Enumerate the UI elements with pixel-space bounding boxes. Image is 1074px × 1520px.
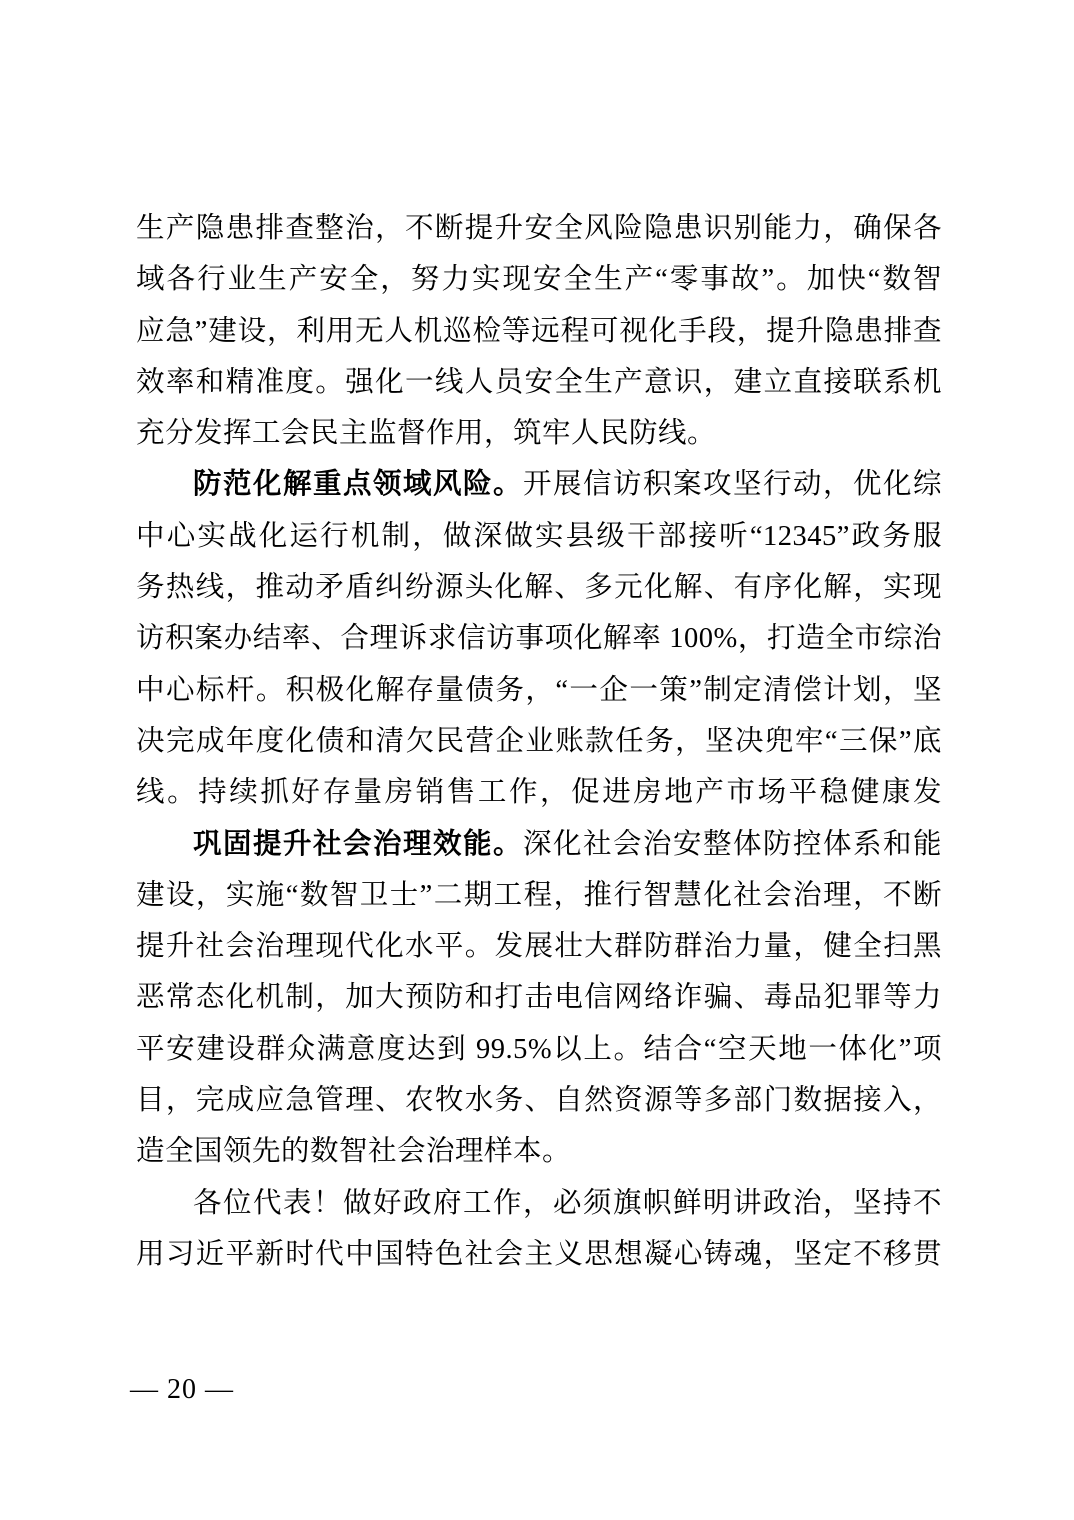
text-line: 提升社会治理现代化水平。发展壮大群防群治力量，健全扫黑除 bbox=[136, 921, 942, 972]
text-line: 防范化解重点领域风险。开展信访积案攻坚行动，优化综治 bbox=[136, 459, 942, 510]
body-text: 应急”建设，利用无人机巡检等远程可视化手段，提升隐患排查 bbox=[136, 316, 942, 347]
text-line: 域各行业生产安全，努力实现安全生产“零事故”。加快“数智 bbox=[136, 254, 942, 305]
text-line: 线。持续抓好存量房销售工作，促进房地产市场平稳健康发展。 bbox=[136, 767, 942, 818]
text-line: 决完成年度化债和清欠民营企业账款任务，坚决兜牢“三保”底 bbox=[136, 716, 942, 767]
body-text: 访积案办结率、合理诉求信访事项化解率 100%，打造全市综治 bbox=[136, 623, 942, 654]
body-text: 提升社会治理现代化水平。发展壮大群防群治力量，健全扫黑除 bbox=[136, 931, 942, 972]
body-text: 中心标杆。积极化解存量债务，“一企一策”制定清偿计划，坚 bbox=[136, 675, 942, 706]
body-text: 生产隐患排查整治，不断提升安全风险隐患识别能力，确保各领 bbox=[136, 213, 942, 254]
text-line: 造全国领先的数智社会治理样本。 bbox=[136, 1126, 942, 1177]
body-text: 域各行业生产安全，努力实现安全生产“零事故”。加快“数智 bbox=[136, 264, 942, 295]
paragraph-1: 生产隐患排查整治，不断提升安全风险隐患识别能力，确保各领域各行业生产安全，努力实… bbox=[136, 203, 942, 459]
document-page: 生产隐患排查整治，不断提升安全风险隐患识别能力，确保各领域各行业生产安全，努力实… bbox=[0, 0, 1074, 1520]
body-text: 造全国领先的数智社会治理样本。 bbox=[136, 1136, 571, 1167]
body-text: 恶常态化机制，加大预防和打击电信网络诈骗、毒品犯罪等力度， bbox=[136, 982, 942, 1023]
body-text: 各位代表！做好政府工作，必须旗帜鲜明讲政治，坚持不懈 bbox=[136, 1188, 942, 1229]
text-line: 用习近平新时代中国特色社会主义思想凝心铸魂，坚定不移贯彻 bbox=[136, 1229, 942, 1280]
text-line: 充分发挥工会民主监督作用，筑牢人民防线。 bbox=[136, 408, 942, 459]
section-heading-text: 防范化解重点领域风险。 bbox=[193, 469, 523, 500]
text-line: 建设，实施“数智卫士”二期工程，推行智慧化社会治理，不断 bbox=[136, 870, 942, 921]
body-text: 充分发挥工会民主监督作用，筑牢人民防线。 bbox=[136, 418, 716, 449]
paragraph-2: 防范化解重点领域风险。开展信访积案攻坚行动，优化综治中心实战化运行机制，做深做实… bbox=[136, 459, 942, 818]
body-text: 目，完成应急管理、农牧水务、自然资源等多部门数据接入，打 bbox=[136, 1085, 942, 1126]
paragraph-4: 各位代表！做好政府工作，必须旗帜鲜明讲政治，坚持不懈用习近平新时代中国特色社会主… bbox=[136, 1178, 942, 1281]
section-heading-text: 巩固提升社会治理效能。 bbox=[193, 829, 523, 860]
page-footer: — 20 — bbox=[130, 1372, 234, 1408]
paragraph-3: 巩固提升社会治理效能。深化社会治安整体防控体系和能力建设，实施“数智卫士”二期工… bbox=[136, 819, 942, 1178]
text-line: 中心标杆。积极化解存量债务，“一企一策”制定清偿计划，坚 bbox=[136, 665, 942, 716]
text-line: 恶常态化机制，加大预防和打击电信网络诈骗、毒品犯罪等力度， bbox=[136, 972, 942, 1023]
text-line: 应急”建设，利用无人机巡检等远程可视化手段，提升隐患排查 bbox=[136, 306, 942, 357]
text-line: 生产隐患排查整治，不断提升安全风险隐患识别能力，确保各领 bbox=[136, 203, 942, 254]
body-text: 中心实战化运行机制，做深做实县级干部接听“12345”政务服 bbox=[136, 521, 942, 552]
body-text: 平安建设群众满意度达到 99.5%以上。结合“空天地一体化”项 bbox=[136, 1034, 942, 1065]
body-text: 建设，实施“数智卫士”二期工程，推行智慧化社会治理，不断 bbox=[136, 880, 942, 911]
body-text: 务热线，推动矛盾纠纷源头化解、多元化解、有序化解，实现信 bbox=[136, 572, 942, 613]
text-line: 中心实战化运行机制，做深做实县级干部接听“12345”政务服 bbox=[136, 511, 942, 562]
text-line: 务热线，推动矛盾纠纷源头化解、多元化解、有序化解，实现信 bbox=[136, 562, 942, 613]
body-text: 线。持续抓好存量房销售工作，促进房地产市场平稳健康发展。 bbox=[136, 777, 942, 818]
body-text: 效率和精准度。强化一线人员安全生产意识，建立直接联系机制， bbox=[136, 367, 942, 408]
text-line: 访积案办结率、合理诉求信访事项化解率 100%，打造全市综治 bbox=[136, 613, 942, 664]
text-line: 各位代表！做好政府工作，必须旗帜鲜明讲政治，坚持不懈 bbox=[136, 1178, 942, 1229]
text-line: 巩固提升社会治理效能。深化社会治安整体防控体系和能力 bbox=[136, 819, 942, 870]
text-line: 平安建设群众满意度达到 99.5%以上。结合“空天地一体化”项 bbox=[136, 1024, 942, 1075]
document-body: 生产隐患排查整治，不断提升安全风险隐患识别能力，确保各领域各行业生产安全，努力实… bbox=[136, 203, 942, 1280]
text-line: 效率和精准度。强化一线人员安全生产意识，建立直接联系机制， bbox=[136, 357, 942, 408]
body-text: 用习近平新时代中国特色社会主义思想凝心铸魂，坚定不移贯彻 bbox=[136, 1239, 942, 1280]
text-line: 目，完成应急管理、农牧水务、自然资源等多部门数据接入，打 bbox=[136, 1075, 942, 1126]
page-number: — 20 — bbox=[130, 1374, 234, 1405]
body-text: 决完成年度化债和清欠民营企业账款任务，坚决兜牢“三保”底 bbox=[136, 726, 942, 757]
